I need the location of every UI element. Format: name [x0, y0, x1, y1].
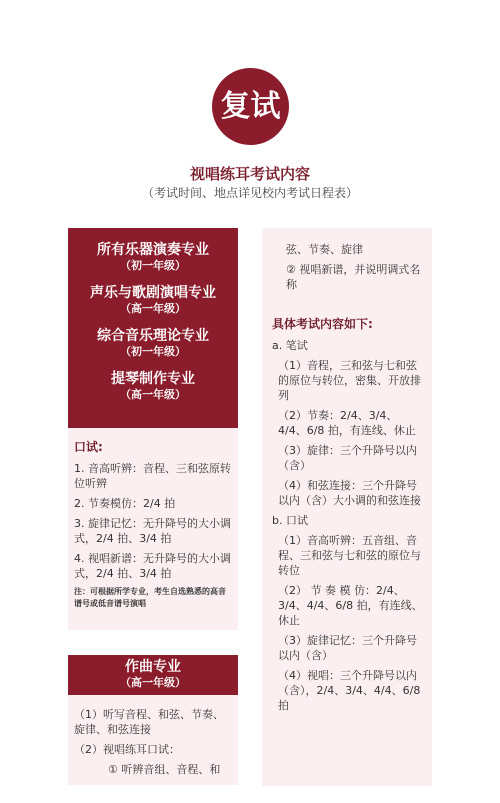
major-item: 综合音乐理论专业 （初一年级）	[68, 327, 238, 359]
oral-exam-note: 注：可根据所学专业，考生自选熟悉的高音谱号或低音谱号演唱	[74, 586, 232, 610]
composition-name: 作曲专业	[68, 659, 238, 676]
page-subtitle: （考试时间、地点详见校内考试日程表）	[0, 184, 500, 201]
composition-item: （2）视唱练耳口试：	[74, 742, 232, 757]
right-column: 弦、节奏、旋律 ② 视唱新谱，并说明调式名称 具体考试内容如下: a. 笔试 （…	[262, 228, 432, 786]
written-exam-item: （3）旋律：三个升降号以内（含）	[272, 443, 426, 473]
major-item: 所有乐器演奏专业 （初一年级）	[68, 241, 238, 273]
major-grade: （初一年级）	[68, 259, 238, 273]
major-grade: （高一年级）	[68, 302, 238, 316]
oral-exam-panel: 口试: 1. 音高听辨：音程、三和弦原转位听辨 2. 节奏模仿：2/4 拍 3.…	[68, 428, 238, 630]
oral-exam-item-b: （1）音高听辨：五音组、音程、三和弦与七和弦的原位与转位	[272, 533, 426, 578]
written-exam-item: （1）音程，三和弦与七和弦的原位与转位，密集、开放排列	[272, 358, 426, 403]
retest-badge: 复试	[212, 68, 289, 145]
written-exam-item: （4）和弦连接：三个升降号以内（含）大小调的和弦连接	[272, 478, 426, 508]
page-title: 视唱练耳考试内容	[0, 163, 500, 184]
oral-exam-item: 2. 节奏模仿：2/4 拍	[74, 496, 232, 511]
oral-exam-item: 4. 视唱新谱：无升降号的大小调式，2/4 拍、3/4 拍	[74, 551, 232, 581]
spacer	[272, 297, 426, 315]
oral-exam-item-b: （3）旋律记忆：三个升降号以内（含）	[272, 633, 426, 663]
written-exam-label: a. 笔试	[272, 338, 426, 353]
oral-exam-item: 1. 音高听辨：音程、三和弦原转位听辨	[74, 461, 232, 491]
page: 复试 视唱练耳考试内容 （考试时间、地点详见校内考试日程表） 所有乐器演奏专业 …	[0, 0, 500, 803]
continued-text: 弦、节奏、旋律	[272, 242, 426, 257]
left-column: 所有乐器演奏专业 （初一年级） 声乐与歌剧演唱专业 （高一年级） 综合音乐理论专…	[68, 228, 238, 785]
major-item: 声乐与歌剧演唱专业 （高一年级）	[68, 284, 238, 316]
written-exam-item: （2）节奏：2/4、3/4、4/4、6/8 拍，有连线、休止	[272, 408, 426, 438]
major-name: 综合音乐理论专业	[68, 327, 238, 345]
composition-item: （1）听写音程、和弦、节奏、旋律、和弦连接	[74, 707, 232, 737]
composition-grade: （高一年级）	[68, 676, 238, 690]
composition-subitem: ① 听辨音组、音程、和	[74, 762, 232, 777]
badge-text: 复试	[221, 92, 281, 122]
oral-exam-item-b: （4）视唱：三个升降号以内（含），2/4、3/4、4/4、6/8 拍	[272, 668, 426, 713]
major-grade: （高一年级）	[68, 388, 238, 402]
composition-header: 作曲专业 （高一年级）	[68, 655, 238, 695]
continued-text: ② 视唱新谱，并说明调式名称	[272, 262, 426, 292]
detail-heading: 具体考试内容如下:	[272, 315, 426, 332]
oral-exam-label-b: b. 口试	[272, 513, 426, 528]
oral-exam-label: 口试:	[74, 438, 232, 455]
oral-exam-item-b: （2） 节 奏 模 仿：2/4、3/4、4/4、6/8 拍，有连线、休止	[272, 583, 426, 628]
oral-exam-item: 3. 旋律记忆：无升降号的大小调式，2/4 拍、3/4 拍	[74, 516, 232, 546]
major-grade: （初一年级）	[68, 345, 238, 359]
major-name: 提琴制作专业	[68, 370, 238, 388]
major-name: 声乐与歌剧演唱专业	[68, 284, 238, 302]
composition-panel: （1）听写音程、和弦、节奏、旋律、和弦连接 （2）视唱练耳口试： ① 听辨音组、…	[68, 695, 238, 785]
majors-header-block: 所有乐器演奏专业 （初一年级） 声乐与歌剧演唱专业 （高一年级） 综合音乐理论专…	[68, 228, 238, 428]
major-item: 提琴制作专业 （高一年级）	[68, 370, 238, 402]
major-name: 所有乐器演奏专业	[68, 241, 238, 259]
